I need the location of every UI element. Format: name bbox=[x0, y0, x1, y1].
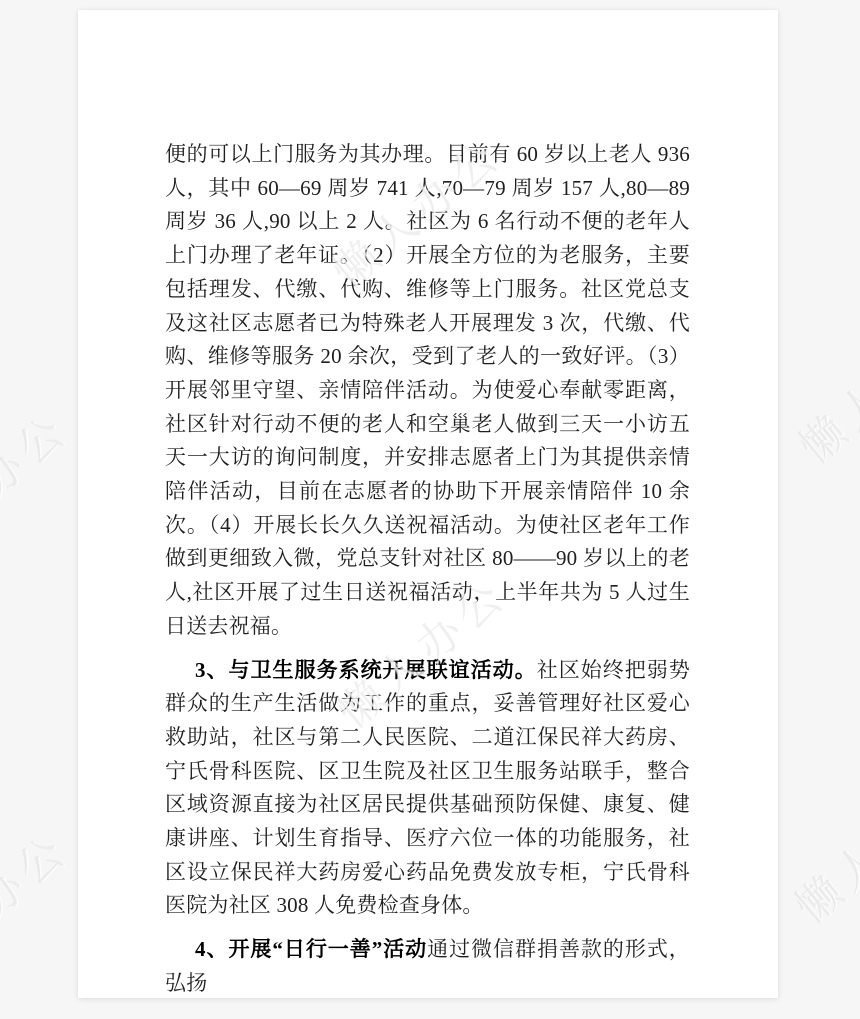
watermark: 懒人办公 bbox=[0, 395, 81, 575]
paragraph: 4、开展“日行一善”活动通过微信群捐善款的形式，弘扬 bbox=[165, 933, 690, 1000]
paragraph-text-run: 社区始终把弱势群众的生产生活做为工作的重点，妥善管理好社区爱心救助站，社区与第二… bbox=[165, 658, 690, 918]
watermark: 懒人办公 bbox=[783, 295, 860, 475]
watermark: 懒人办公 bbox=[0, 815, 81, 995]
paragraph: 便的可以上门服务为其办理。目前有 60 岁以上老人 936 人，其中 60—69… bbox=[165, 138, 690, 644]
document-body: 便的可以上门服务为其办理。目前有 60 岁以上老人 936 人，其中 60—69… bbox=[165, 138, 690, 1011]
watermark: 懒人办公 bbox=[779, 755, 860, 935]
paragraph: 3、与卫生服务系统开展联谊活动。社区始终把弱势群众的生产生活做为工作的重点，妥善… bbox=[165, 654, 690, 924]
document-viewer: 便的可以上门服务为其办理。目前有 60 岁以上老人 936 人，其中 60—69… bbox=[0, 0, 860, 1019]
paragraph-heading-run: 4、开展“日行一善”活动 bbox=[195, 937, 427, 961]
paragraph-heading-run: 3、与卫生服务系统开展联谊活动。 bbox=[195, 658, 537, 682]
document-page: 便的可以上门服务为其办理。目前有 60 岁以上老人 936 人，其中 60—69… bbox=[78, 10, 778, 998]
paragraph-text-run: 便的可以上门服务为其办理。目前有 60 岁以上老人 936 人，其中 60—69… bbox=[165, 142, 690, 638]
